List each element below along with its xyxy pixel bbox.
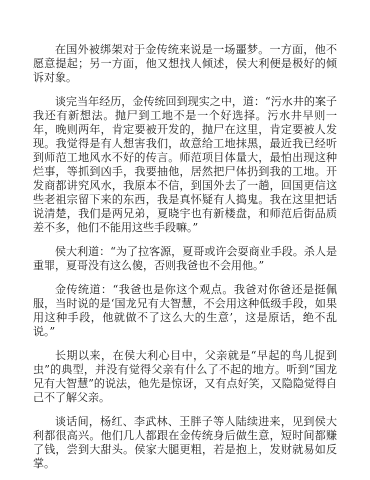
book-page: 在国外被绑架对于金传统来说是一场噩梦。一方面，他不愿意提起；另一方面，他又想找人… xyxy=(0,0,370,480)
paragraph-1: 在国外被绑架对于金传统来说是一场噩梦。一方面，他不愿意提起；另一方面，他又想找人… xyxy=(33,43,337,85)
paragraph-3: 侯大利道：“为了拉客源，夏哥或许会耍商业手段。杀人是重罪，夏哥没有这么傻，否则我… xyxy=(33,245,337,273)
paragraph-2: 谈完当年经历，金传统回到现实之中，道：“污水井的案子我还有新想法。抛尸到工地不是… xyxy=(33,95,337,235)
paragraph-4: 金传统道：“我爸也是你这个观点。我爸对你爸还是挺佩服，当时说的是‘国龙兄有大智慧… xyxy=(33,283,337,339)
paragraph-5: 长期以来，在侯大利心目中，父亲就是“早起的鸟儿捉到虫”的典型，并没有觉得父亲有什… xyxy=(33,349,337,405)
paragraph-6: 谈话间，杨红、李武林、王胖子等人陆续进来，见到侯大利都很高兴。他们几人都跟在金传… xyxy=(33,415,337,471)
